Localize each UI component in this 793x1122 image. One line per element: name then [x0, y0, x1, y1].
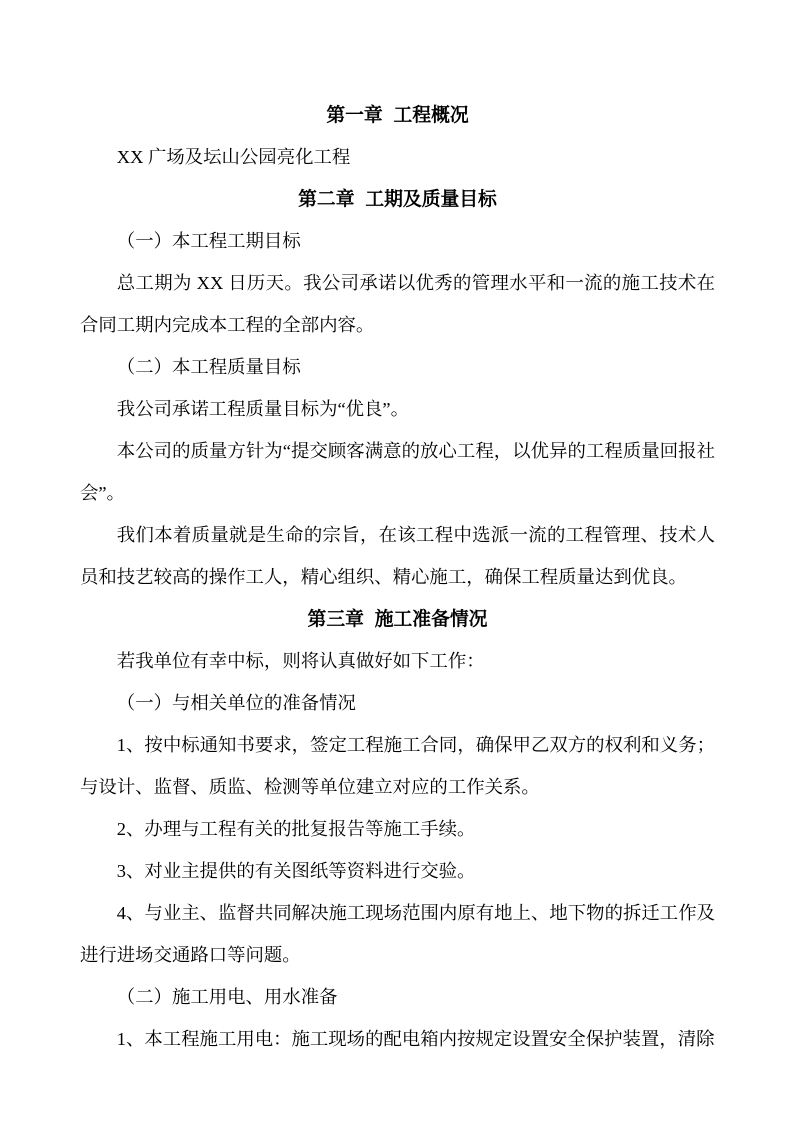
document-content: 第一章 工程概况 XX 广场及坛山公园亮化工程 第二章 工期及质量目标 （一）本…	[80, 94, 715, 1060]
paragraph-quality-principle: 我们本着质量就是生命的宗旨，在该工程中选派一流的工程管理、技术人员和技艺较高的操…	[80, 514, 715, 598]
paragraph-quality-goal-title: （二）本工程质量目标	[80, 346, 715, 388]
paragraph-prep-item-1: 1、按中标通知书要求，签定工程施工合同，确保甲乙双方的权利和义务；与设计、监督、…	[80, 724, 715, 808]
paragraph-prep-item-3: 3、对业主提供的有关图纸等资料进行交验。	[80, 850, 715, 892]
heading-chapter-1: 第一章 工程概况	[80, 94, 715, 136]
paragraph-quality-policy: 本公司的质量方针为“提交顾客满意的放心工程，以优异的工程质量回报社会”。	[80, 430, 715, 514]
heading-chapter-3: 第三章 施工准备情况	[80, 598, 715, 640]
paragraph-quality-commitment: 我公司承诺工程质量目标为“优良”。	[80, 388, 715, 430]
paragraph-related-units-title: （一）与相关单位的准备情况	[80, 682, 715, 724]
paragraph-prep-item-4: 4、与业主、监督共同解决施工现场范围内原有地上、地下物的拆迁工作及进行进场交通路…	[80, 892, 715, 976]
paragraph-duration-goal-title: （一）本工程工期目标	[80, 220, 715, 262]
paragraph-duration-commitment: 总工期为 XX 日历天。我公司承诺以优秀的管理水平和一流的施工技术在合同工期内完…	[80, 262, 715, 346]
paragraph-project-name: XX 广场及坛山公园亮化工程	[80, 136, 715, 178]
paragraph-preparation-intro: 若我单位有幸中标，则将认真做好如下工作：	[80, 640, 715, 682]
paragraph-power-item-1: 1、本工程施工用电：施工现场的配电箱内按规定设置安全保护装置，清除	[80, 1018, 715, 1060]
paragraph-prep-item-2: 2、办理与工程有关的批复报告等施工手续。	[80, 808, 715, 850]
document-page: 第一章 工程概况 XX 广场及坛山公园亮化工程 第二章 工期及质量目标 （一）本…	[0, 0, 793, 1122]
heading-chapter-2: 第二章 工期及质量目标	[80, 178, 715, 220]
paragraph-power-water-title: （二）施工用电、用水准备	[80, 976, 715, 1018]
